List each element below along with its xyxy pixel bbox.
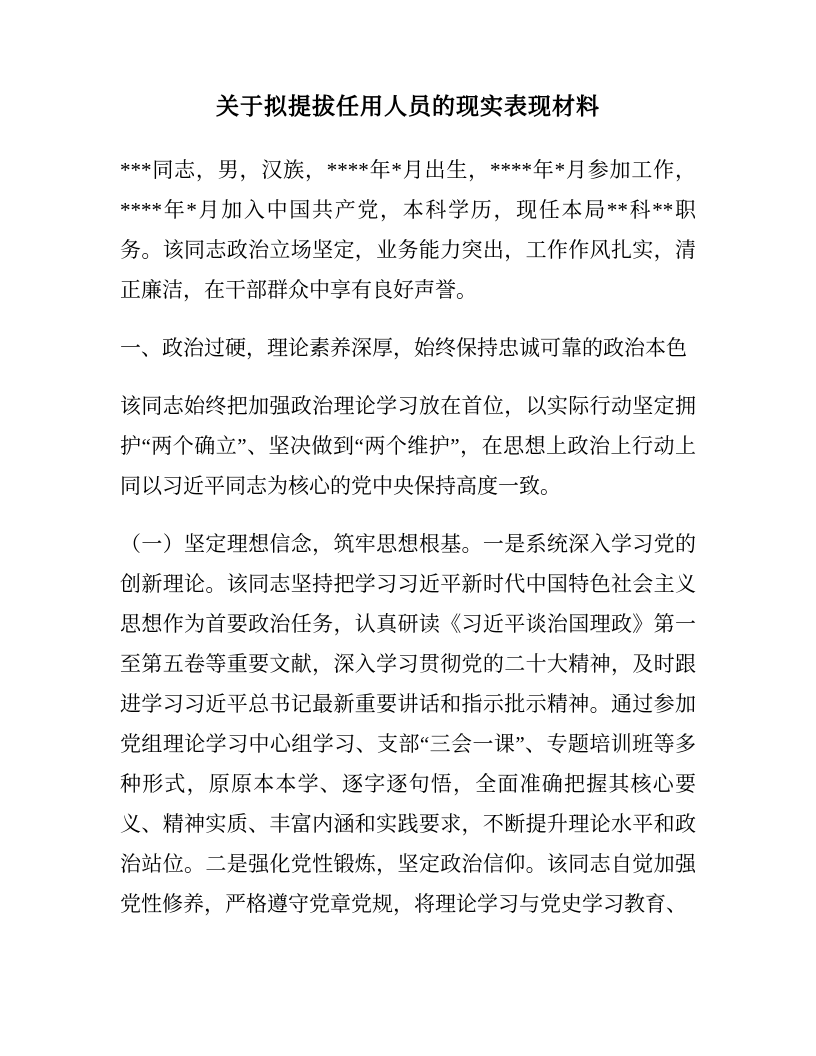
document-page: 关于拟提拔任用人员的现实表现材料 ***同志，男，汉族，****年*月出生，**…: [0, 0, 816, 1056]
section-1-paragraph-2: （一）坚定理想信念，筑牢思想根基。一是系统深入学习党的创新理论。该同志坚持把学习…: [120, 524, 696, 924]
document-title: 关于拟提拔任用人员的现实表现材料: [120, 87, 696, 127]
section-1-heading: 一、政治过硬，理论素养深厚，始终保持忠诚可靠的政治本色: [120, 328, 696, 368]
section-1-paragraph-1: 该同志始终把加强政治理论学习放在首位，以实际行动坚定拥护“两个确立”、坚决做到“…: [120, 386, 696, 506]
intro-paragraph: ***同志，男，汉族，****年*月出生，****年*月参加工作，****年*月…: [120, 150, 696, 310]
